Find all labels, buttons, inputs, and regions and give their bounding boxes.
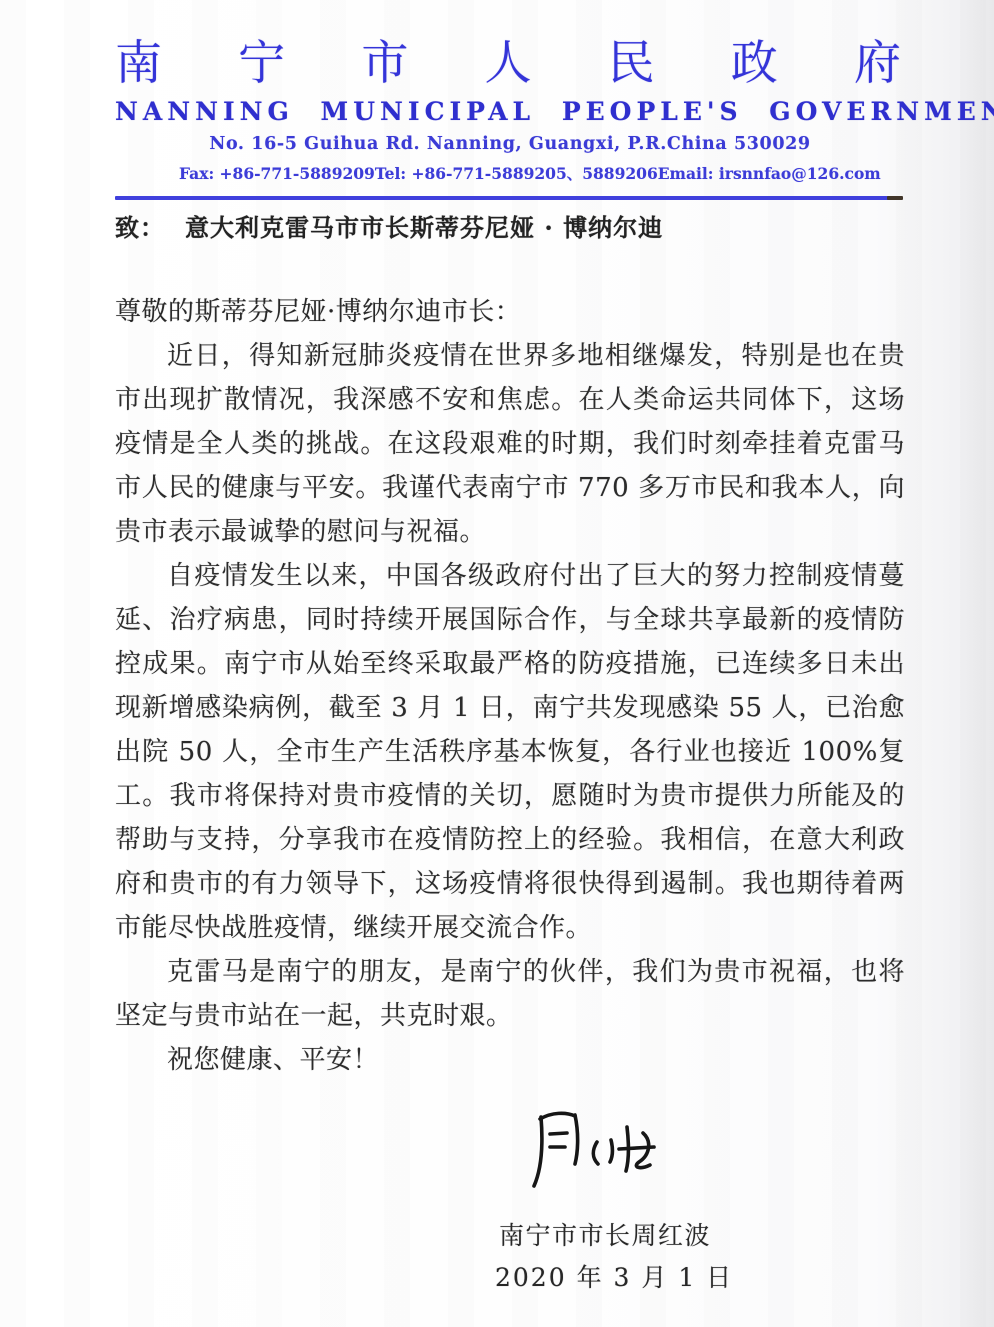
- org-address: No. 16-5 Guihua Rd. Nanning, Guangxi, P.…: [115, 133, 905, 155]
- paragraph-1: 近日，得知新冠肺炎疫情在世界多地相继爆发，特别是也在贵市出现扩散情况，我深感不安…: [115, 334, 905, 554]
- divider-end-mark: [887, 196, 903, 200]
- recipient-line: 致：意大利克雷马市市长斯蒂芬尼娅 · 博纳尔迪: [115, 211, 905, 244]
- paragraph-2: 自疫情发生以来，中国各级政府付出了巨大的努力控制疫情蔓延、治疗病患，同时持续开展…: [115, 554, 905, 950]
- recipient-label: 致：: [115, 213, 165, 242]
- handwritten-signature: [520, 1104, 670, 1190]
- letter-date: 2020 年 3 月 1 日: [495, 1262, 715, 1294]
- salutation: 尊敬的斯蒂芬尼娅·博纳尔迪市长：: [115, 290, 905, 334]
- letterhead-divider: [115, 196, 901, 200]
- contact-line: Fax: +86-771-5889209 Tel: +86-771-588920…: [179, 164, 841, 184]
- org-name-cn: 南宁市人民政府: [115, 38, 901, 90]
- paragraph-4: 祝您健康、平安！: [115, 1038, 905, 1082]
- paragraph-3: 克雷马是南宁的朋友，是南宁的伙伴，我们为贵市祝福，也将坚定与贵市站在一起，共克时…: [115, 950, 905, 1038]
- fax-number: Fax: +86-771-5889209: [179, 164, 375, 184]
- recipient-name: 意大利克雷马市市长斯蒂芬尼娅 · 博纳尔迪: [185, 213, 663, 242]
- signature-block: 南宁市市长周红波 2020 年 3 月 1 日: [495, 1104, 715, 1294]
- signer-name: 南宁市市长周红波: [495, 1220, 715, 1252]
- org-name-en: NANNING MUNICIPAL PEOPLE'S GOVERNMENT: [115, 97, 905, 127]
- letter-content: 南宁市人民政府 NANNING MUNICIPAL PEOPLE'S GOVER…: [0, 0, 994, 1294]
- tel-number: Tel: +86-771-5889205、5889206: [375, 164, 658, 184]
- letter-body: 近日，得知新冠肺炎疫情在世界多地相继爆发，特别是也在贵市出现扩散情况，我深感不安…: [115, 334, 905, 1082]
- email-address: Email: irsnnfao@126.com: [658, 164, 881, 184]
- letter-page: 南宁市人民政府 NANNING MUNICIPAL PEOPLE'S GOVER…: [0, 0, 994, 1327]
